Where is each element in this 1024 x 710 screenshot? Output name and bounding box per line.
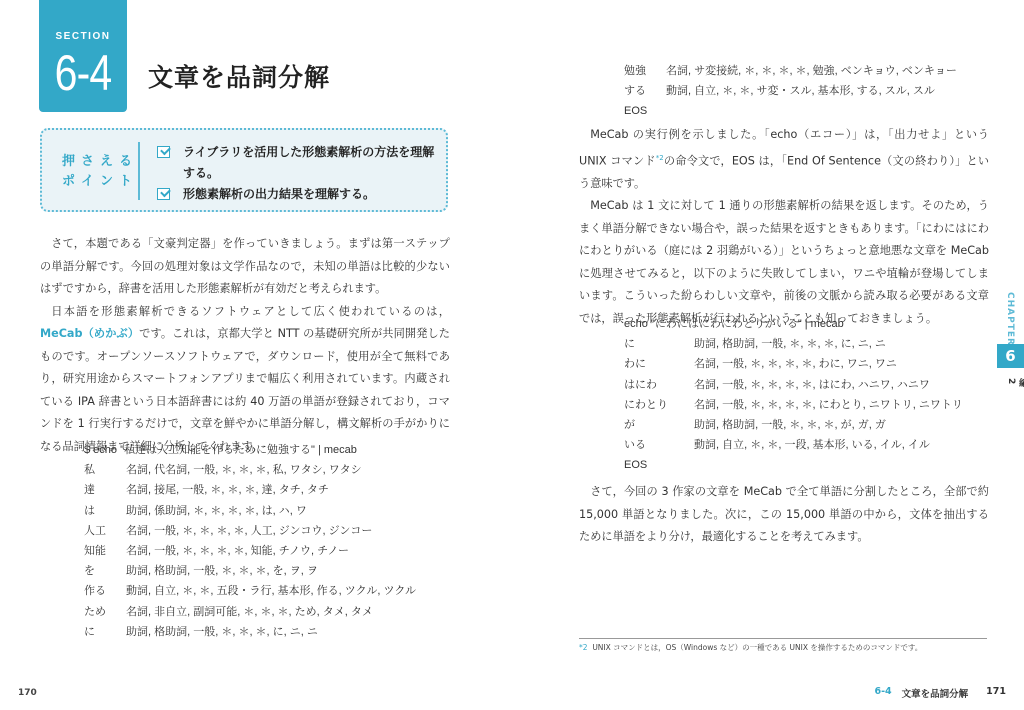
key-point-item: 形態素解析の出力結果を理解する。 (157, 184, 442, 205)
code-features: 名詞, 一般, ＊, ＊, ＊, ＊, 知能, チノウ, チノー (126, 541, 349, 561)
code-row: 達名詞, 接尾, 一般, ＊, ＊, ＊, 達, タチ, タチ (84, 480, 416, 500)
code-surface: にわとり (624, 395, 694, 415)
code-features: 動詞, 自立, ＊, ＊, サ変・スル, 基本形, する, スル, スル (666, 81, 935, 101)
chapter-number: 6 (997, 344, 1024, 368)
code-surface: EOS (624, 101, 666, 121)
left-page: SECTION 6-4 文章を品詞分解 押さえる ポイント ライブラリを活用した… (0, 0, 512, 710)
code-surface: が (624, 415, 694, 435)
paragraph-text: です。これは，京都大学と NTT の基礎研究所が共同開発したものです。オープンソ… (40, 327, 450, 453)
code-features: 名詞, 一般, ＊, ＊, ＊, ＊, にわとり, ニワトリ, ニワトリ (694, 395, 963, 415)
key-points-label: 押さえる ポイント (62, 152, 138, 192)
code-surface: 勉強 (624, 61, 666, 81)
code-features: 名詞, サ変接続, ＊, ＊, ＊, ＊, 勉強, ベンキョウ, ベンキョー (666, 61, 957, 81)
code-features: 助詞, 格助詞, 一般, ＊, ＊, ＊, に, ニ, ニ (126, 622, 318, 642)
paragraph-text: 日本語を形態素解析できるソフトウェアとして広く使われているのは， (51, 305, 450, 318)
paragraph: MeCab の実行例を示しました。「echo（エコー）」は，「出力せよ」という … (579, 124, 989, 195)
code-features: 助詞, 格助詞, 一般, ＊, ＊, ＊, に, ニ, ニ (694, 334, 886, 354)
code-row: EOS (624, 455, 963, 475)
code-row: 作る動詞, 自立, ＊, ＊, 五段・ラ行, 基本形, 作る, ツクル, ツクル (84, 581, 416, 601)
code-surface: を (84, 561, 126, 581)
code-row: に助詞, 格助詞, 一般, ＊, ＊, ＊, に, ニ, ニ (624, 334, 963, 354)
divider (138, 142, 140, 200)
body-text-right-1: MeCab の実行例を示しました。「echo（エコー）」は，「出力せよ」という … (579, 124, 989, 330)
code-row: する動詞, 自立, ＊, ＊, サ変・スル, 基本形, する, スル, スル (624, 81, 957, 101)
code-block-mecab-1-continued: 勉強名詞, サ変接続, ＊, ＊, ＊, ＊, 勉強, ベンキョウ, ベンキョー… (624, 61, 957, 122)
section-number: 6-4 (47, 46, 119, 100)
code-row: に助詞, 格助詞, 一般, ＊, ＊, ＊, に, ニ, ニ (84, 622, 416, 642)
page-title: 文章を品詞分解 (148, 58, 330, 94)
code-row: は助詞, 係助詞, ＊, ＊, ＊, ＊, は, ハ, ワ (84, 501, 416, 521)
code-features: 名詞, 接尾, 一般, ＊, ＊, ＊, 達, タチ, タチ (126, 480, 329, 500)
code-row: 人工名詞, 一般, ＊, ＊, ＊, ＊, 人工, ジンコウ, ジンコー (84, 521, 416, 541)
footnote-ref[interactable]: *2 (656, 154, 664, 162)
code-features: 名詞, 代名詞, 一般, ＊, ＊, ＊, 私, ワタシ, ワタシ (126, 460, 362, 480)
code-row: 知能名詞, 一般, ＊, ＊, ＊, ＊, 知能, チノウ, チノー (84, 541, 416, 561)
code-surface: わに (624, 354, 694, 374)
code-features: 助詞, 係助詞, ＊, ＊, ＊, ＊, は, ハ, ワ (126, 501, 307, 521)
code-block-mecab-2: echo "にわにはにわにわとりがいる" | mecab に助詞, 格助詞, 一… (624, 314, 963, 476)
code-surface: 人工 (84, 521, 126, 541)
footnote: *2 UNIX コマンドとは，OS（Windows など）の一種である UNIX… (579, 642, 922, 653)
mecab-term: MeCab（めかぶ） (40, 327, 139, 340)
code-surface: に (84, 622, 126, 642)
footnote-mark: *2 (579, 643, 588, 652)
code-row: 私名詞, 代名詞, 一般, ＊, ＊, ＊, 私, ワタシ, ワタシ (84, 460, 416, 480)
running-footer-right: 6-4 文章を品詞分解 171 (874, 686, 1006, 700)
footer-section-number: 6-4 (874, 686, 891, 700)
footnote-divider (579, 638, 987, 639)
key-point-item: ライブラリを活用した形態素解析の方法を理解する。 (157, 142, 442, 184)
chapter-part: 実践編2 (1006, 378, 1024, 387)
code-row: にわとり名詞, 一般, ＊, ＊, ＊, ＊, にわとり, ニワトリ, ニワトリ (624, 395, 963, 415)
code-features: 名詞, 非自立, 副詞可能, ＊, ＊, ＊, ため, タメ, タメ (126, 602, 373, 622)
code-surface: ため (84, 602, 126, 622)
footer-section-title: 文章を品詞分解 (902, 686, 969, 700)
code-features: 助詞, 格助詞, 一般, ＊, ＊, ＊, を, ヲ, ヲ (126, 561, 318, 581)
paragraph: さて，本題である「文豪判定器」を作っていきましょう。まずは第一ステップの単語分解… (40, 233, 450, 301)
code-surface: 達 (84, 480, 126, 500)
code-surface: 作る (84, 581, 126, 601)
code-surface: EOS (624, 455, 694, 475)
key-points-list: ライブラリを活用した形態素解析の方法を理解する。 形態素解析の出力結果を理解する… (157, 142, 442, 205)
code-surface: する (624, 81, 666, 101)
code-row: 勉強名詞, サ変接続, ＊, ＊, ＊, ＊, 勉強, ベンキョウ, ベンキョー (624, 61, 957, 81)
key-points-label-line1: 押さえる (62, 152, 138, 172)
code-row: を助詞, 格助詞, 一般, ＊, ＊, ＊, を, ヲ, ヲ (84, 561, 416, 581)
code-row: ため名詞, 非自立, 副詞可能, ＊, ＊, ＊, ため, タメ, タメ (84, 602, 416, 622)
code-surface: 知能 (84, 541, 126, 561)
code-row: が助詞, 格助詞, 一般, ＊, ＊, ＊, が, ガ, ガ (624, 415, 963, 435)
code-features: 助詞, 格助詞, 一般, ＊, ＊, ＊, が, ガ, ガ (694, 415, 886, 435)
code-features: 動詞, 自立, ＊, ＊, 一段, 基本形, いる, イル, イル (694, 435, 930, 455)
code-features: 名詞, 一般, ＊, ＊, ＊, ＊, 人工, ジンコウ, ジンコー (126, 521, 372, 541)
paragraph: さて，今回の 3 作家の文章を MeCab で全て単語に分割したところ，全部で約… (579, 481, 989, 549)
checkbox-icon (157, 188, 170, 200)
paragraph: 日本語を形態素解析できるソフトウェアとして広く使われているのは，MeCab（めか… (40, 301, 450, 459)
code-row: わに名詞, 一般, ＊, ＊, ＊, ＊, わに, ワニ, ワニ (624, 354, 963, 374)
page-number-left: 170 (18, 688, 37, 698)
code-command: echo "にわにはにわにわとりがいる" | mecab (624, 314, 963, 334)
key-point-text: ライブラリを活用した形態素解析の方法を理解する。 (183, 145, 434, 180)
key-points-box: 押さえる ポイント ライブラリを活用した形態素解析の方法を理解する。 形態素解析… (40, 128, 448, 212)
chapter-label: CHAPTER (1005, 292, 1015, 346)
section-badge: SECTION 6-4 (39, 0, 127, 112)
code-block-mecab-1: $ echo "私達は人工知能を作るために勉強する" | mecab 私名詞, … (84, 440, 416, 642)
code-features: 動詞, 自立, ＊, ＊, 五段・ラ行, 基本形, 作る, ツクル, ツクル (126, 581, 416, 601)
body-text-left: さて，本題である「文豪判定器」を作っていきましょう。まずは第一ステップの単語分解… (40, 233, 450, 458)
code-features: 名詞, 一般, ＊, ＊, ＊, ＊, わに, ワニ, ワニ (694, 354, 897, 374)
checkbox-icon (157, 146, 170, 158)
page-number-right: 171 (986, 686, 1006, 700)
code-row: はにわ名詞, 一般, ＊, ＊, ＊, ＊, はにわ, ハニワ, ハニワ (624, 375, 963, 395)
key-points-label-line2: ポイント (62, 172, 138, 192)
code-surface: に (624, 334, 694, 354)
code-surface: 私 (84, 460, 126, 480)
code-surface: は (84, 501, 126, 521)
code-features: 名詞, 一般, ＊, ＊, ＊, ＊, はにわ, ハニワ, ハニワ (694, 375, 930, 395)
code-command: $ echo "私達は人工知能を作るために勉強する" | mecab (84, 440, 416, 460)
body-text-right-2: さて，今回の 3 作家の文章を MeCab で全て単語に分割したところ，全部で約… (579, 481, 989, 549)
code-row: いる動詞, 自立, ＊, ＊, 一段, 基本形, いる, イル, イル (624, 435, 963, 455)
section-label: SECTION (39, 31, 127, 42)
paragraph: MeCab は 1 文に対して 1 通りの形態素解析の結果を返します。そのため，… (579, 195, 989, 330)
code-surface: いる (624, 435, 694, 455)
footnote-text: UNIX コマンドとは，OS（Windows など）の一種である UNIX を操… (592, 643, 922, 652)
key-point-text: 形態素解析の出力結果を理解する。 (183, 187, 375, 201)
code-row: EOS (624, 101, 957, 121)
code-surface: はにわ (624, 375, 694, 395)
